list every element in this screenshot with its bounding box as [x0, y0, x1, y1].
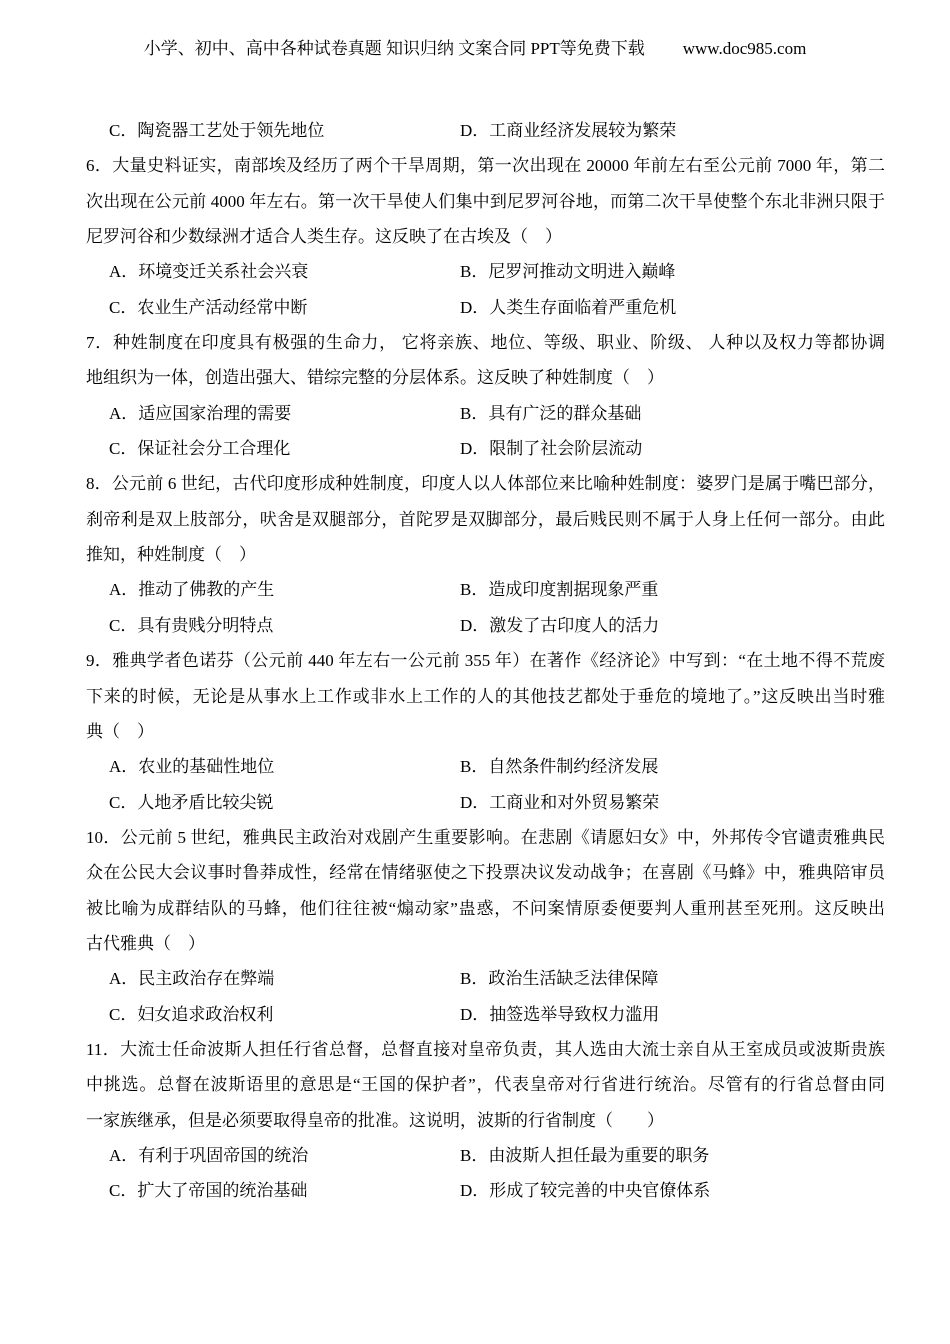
question-11-option-d: D．形成了较完善的中央官僚体系: [460, 1173, 710, 1208]
question-10-option-b: B．政治生活缺乏法律保障: [460, 961, 658, 996]
question-7-option-a: A．适应国家治理的需要: [109, 396, 291, 431]
question-8-stem-line-3: 推知，种姓制度（ ）: [86, 537, 885, 572]
question-6-stem-line-3: 尼罗河谷和少数绿洲才适合人类生存。这反映了在古埃及（ ）: [86, 219, 885, 254]
question-9-options-row-cd: C．人地矛盾比较尖锐 D．工商业和对外贸易繁荣: [86, 785, 885, 820]
question-11-option-b: B．由波斯人担任最为重要的职务: [460, 1138, 709, 1173]
question-11-options-row-cd: C．扩大了帝国的统治基础 D．形成了较完善的中央官僚体系: [86, 1173, 885, 1208]
question-6-option-a: A．环境变迁关系社会兴衰: [109, 254, 308, 289]
question-10-option-a: A．民主政治存在弊端: [109, 961, 274, 996]
question-9-stem-line-3: 典（ ）: [86, 714, 885, 749]
question-7-option-d: D．限制了社会阶层流动: [460, 431, 642, 466]
question-7-options-row-cd: C．保证社会分工合理化 D．限制了社会阶层流动: [86, 431, 885, 466]
exam-body: C．陶瓷器工艺处于领先地位 D．工商业经济发展较为繁荣 6．大量史料证实，南部埃…: [86, 113, 885, 1209]
header-tagline: 小学、初中、高中各种试卷真题 知识归纳 文案合同 PPT等免费下载: [144, 38, 645, 60]
question-8-options-row-ab: A．推动了佛教的产生 B．造成印度割据现象严重: [86, 572, 885, 607]
question-7-stem-line-1: 7．种姓制度在印度具有极强的生命力， 它将亲族、地位、等级、职业、阶级、 人种以…: [86, 325, 885, 360]
question-5-option-c: C．陶瓷器工艺处于领先地位: [109, 113, 324, 148]
question-5-options-row-cd: C．陶瓷器工艺处于领先地位 D．工商业经济发展较为繁荣: [86, 113, 885, 148]
question-6-option-b: B．尼罗河推动文明进入巅峰: [460, 254, 675, 289]
question-7-options-row-ab: A．适应国家治理的需要 B．具有广泛的群众基础: [86, 396, 885, 431]
question-11-options-row-ab: A．有利于巩固帝国的统治 B．由波斯人担任最为重要的职务: [86, 1138, 885, 1173]
question-9-option-d: D．工商业和对外贸易繁荣: [460, 785, 659, 820]
question-6-options-row-ab: A．环境变迁关系社会兴衰 B．尼罗河推动文明进入巅峰: [86, 254, 885, 289]
question-11-stem-line-1: 11．大流士任命波斯人担任行省总督，总督直接对皇帝负责，其人选由大流士亲自从王室…: [86, 1032, 885, 1067]
question-7-option-c: C．保证社会分工合理化: [109, 431, 290, 466]
question-11-stem-line-2: 中挑选。总督在波斯语里的意思是“王国的保护者”，代表皇帝对行省进行统治。尽管有的…: [86, 1067, 885, 1102]
question-9-options-row-ab: A．农业的基础性地位 B．自然条件制约经济发展: [86, 749, 885, 784]
page-header: 小学、初中、高中各种试卷真题 知识归纳 文案合同 PPT等免费下载 www.do…: [0, 38, 950, 60]
question-9-option-b: B．自然条件制约经济发展: [460, 749, 658, 784]
question-8-option-a: A．推动了佛教的产生: [109, 572, 274, 607]
question-11-option-a: A．有利于巩固帝国的统治: [109, 1138, 308, 1173]
question-8-option-d: D．激发了古印度人的活力: [460, 608, 659, 643]
question-10-stem-line-3: 被比喻为成群结队的马蜂，他们往往被“煽动家”蛊惑，不问案情原委便要判人重刑甚至死…: [86, 891, 885, 926]
question-10-options-row-ab: A．民主政治存在弊端 B．政治生活缺乏法律保障: [86, 961, 885, 996]
question-10-option-c: C．妇女追求政治权利: [109, 997, 273, 1032]
question-9-stem-line-2: 下来的时候，无论是从事水上工作或非水上工作的人的其他技艺都处于垂危的境地了。”这…: [86, 679, 885, 714]
question-9-option-c: C．人地矛盾比较尖锐: [109, 785, 273, 820]
question-11-option-c: C．扩大了帝国的统治基础: [109, 1173, 307, 1208]
question-10-stem-line-2: 众在公民大会议事时鲁莽成性，经常在情绪驱使之下投票决议发动战争；在喜剧《马蜂》中…: [86, 855, 885, 890]
question-7-option-b: B．具有广泛的群众基础: [460, 396, 641, 431]
question-6-options-row-cd: C．农业生产活动经常中断 D．人类生存面临着严重危机: [86, 290, 885, 325]
question-9-option-a: A．农业的基础性地位: [109, 749, 274, 784]
question-10-stem-line-1: 10．公元前 5 世纪，雅典民主政治对戏剧产生重要影响。在悲剧《请愿妇女》中，外…: [86, 820, 885, 855]
question-5-option-d: D．工商业经济发展较为繁荣: [460, 113, 676, 148]
question-6-stem-line-2: 次出现在公元前 4000 年左右。第一次干旱使人们集中到尼罗河谷地，而第二次干旱…: [86, 184, 885, 219]
question-6-stem-line-1: 6．大量史料证实，南部埃及经历了两个干旱周期，第一次出现在 20000 年前左右…: [86, 148, 885, 183]
question-7-stem-line-2: 地组织为一体，创造出强大、错综完整的分层体系。这反映了种姓制度（ ）: [86, 360, 885, 395]
question-9-stem-line-1: 9．雅典学者色诺芬（公元前 440 年左右一公元前 355 年）在著作《经济论》…: [86, 643, 885, 678]
question-10-option-d: D．抽签选举导致权力滥用: [460, 997, 659, 1032]
question-8-stem-line-2: 刹帝利是双上肢部分，吠舍是双腿部分，首陀罗是双脚部分，最后贱民则不属于人身上任何…: [86, 502, 885, 537]
question-8-stem-line-1: 8．公元前 6 世纪，古代印度形成种姓制度，印度人以人体部位来比喻种姓制度：婆罗…: [86, 466, 885, 501]
question-10-options-row-cd: C．妇女追求政治权利 D．抽签选举导致权力滥用: [86, 997, 885, 1032]
question-8-option-c: C．具有贵贱分明特点: [109, 608, 273, 643]
question-6-option-c: C．农业生产活动经常中断: [109, 290, 307, 325]
question-11-stem-line-3: 一家族继承，但是必须要取得皇帝的批准。这说明，波斯的行省制度（ ）: [86, 1103, 885, 1138]
question-10-stem-line-4: 古代雅典（ ）: [86, 926, 885, 961]
question-6-option-d: D．人类生存面临着严重危机: [460, 290, 676, 325]
question-8-option-b: B．造成印度割据现象严重: [460, 572, 658, 607]
header-url: www.doc985.com: [683, 38, 807, 60]
question-8-options-row-cd: C．具有贵贱分明特点 D．激发了古印度人的活力: [86, 608, 885, 643]
